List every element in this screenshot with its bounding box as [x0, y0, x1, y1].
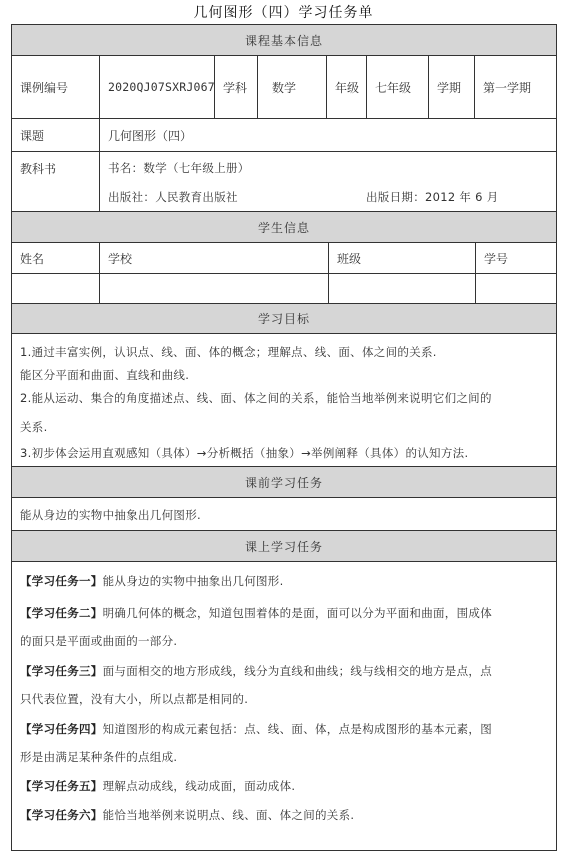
- task-tag: 【学习任务四】: [20, 722, 103, 736]
- name-column-label: 姓名: [12, 243, 100, 273]
- textbook-details: 书名：数学（七年级上册） 出版社：人民教育出版社 出版日期：2012 年 6 月: [100, 152, 556, 211]
- task-tag: 【学习任务三】: [20, 664, 103, 678]
- objective-line: 关系.: [20, 419, 48, 435]
- school-column-label: 学校: [100, 243, 329, 273]
- objective-line: 3.初步体会运用直观感知（具体）→分析概括（抽象）→举例阐释（具体）的认知方法.: [20, 445, 468, 461]
- document-title: 几何图形（四）学习任务单: [0, 2, 567, 22]
- learning-task-2: 【学习任务二】明确几何体的概念，知道包围着体的是面，面可以分为平面和曲面，围成体: [20, 605, 492, 621]
- name-field[interactable]: [12, 274, 100, 303]
- topic-row: 课题 几何图形（四）: [12, 119, 556, 152]
- task-text: 面与面相交的地方形成线，线分为直线和曲线；线与线相交的地方是点，点: [103, 664, 492, 678]
- section-header-pre-class: 课前学习任务: [12, 467, 556, 498]
- class-column-label: 班级: [329, 243, 476, 273]
- learning-task-5: 【学习任务五】理解点动成线，线动成面，面动成体.: [20, 778, 295, 794]
- task-text: 明确几何体的概念，知道包围着体的是面，面可以分为平面和曲面，围成体: [103, 606, 492, 620]
- task-tag: 【学习任务二】: [20, 606, 103, 620]
- textbook-label: 教科书: [12, 152, 100, 211]
- learning-task-3: 【学习任务三】面与面相交的地方形成线，线分为直线和曲线；线与线相交的地方是点，点: [20, 663, 492, 679]
- grade-value: 七年级: [367, 56, 429, 118]
- student-number-column-label: 学号: [476, 243, 556, 273]
- publish-date: 出版日期：2012 年 6 月: [366, 189, 499, 205]
- course-id-label: 课例编号: [12, 56, 100, 118]
- learning-task-2-cont: 的面只是平面或曲面的一部分.: [20, 633, 177, 649]
- task-text: 能从身边的实物中抽象出几何图形.: [103, 574, 284, 588]
- term-value: 第一学期: [475, 56, 556, 118]
- objective-line: 能区分平面和曲面、直线和曲线.: [20, 367, 189, 383]
- topic-label: 课题: [12, 119, 100, 151]
- section-header-in-class: 课上学习任务: [12, 531, 556, 562]
- subject-value: 数学: [258, 56, 327, 118]
- pre-class-task: 能从身边的实物中抽象出几何图形.: [20, 507, 201, 523]
- topic-value: 几何图形（四）: [100, 119, 556, 151]
- basic-info-row: 课例编号 2020QJ07SXRJ067 学科 数学 年级 七年级 学期 第一学…: [12, 56, 556, 119]
- student-info-input-row: [12, 274, 556, 304]
- task-tag: 【学习任务五】: [20, 779, 103, 793]
- grade-label: 年级: [327, 56, 367, 118]
- section-header-objectives: 学习目标: [12, 304, 556, 334]
- in-class-body: 【学习任务一】能从身边的实物中抽象出几何图形. 【学习任务二】明确几何体的概念，…: [12, 562, 556, 850]
- student-info-header-row: 姓名 学校 班级 学号: [12, 243, 556, 274]
- task-tag: 【学习任务一】: [20, 574, 103, 588]
- book-name: 书名：数学（七年级上册）: [108, 160, 250, 176]
- publisher: 出版社：人民教育出版社: [108, 189, 238, 205]
- course-id-value: 2020QJ07SXRJ067: [100, 56, 215, 118]
- task-sheet-table: 课程基本信息 课例编号 2020QJ07SXRJ067 学科 数学 年级 七年级…: [11, 24, 557, 851]
- objective-line: 1.通过丰富实例，认识点、线、面、体的概念；理解点、线、面、体之间的关系.: [20, 344, 437, 360]
- section-header-basic-info: 课程基本信息: [12, 25, 556, 56]
- section-header-student-info: 学生信息: [12, 212, 556, 243]
- learning-task-1: 【学习任务一】能从身边的实物中抽象出几何图形.: [20, 573, 284, 589]
- textbook-row: 教科书 书名：数学（七年级上册） 出版社：人民教育出版社 出版日期：2012 年…: [12, 152, 556, 212]
- objectives-body: 1.通过丰富实例，认识点、线、面、体的概念；理解点、线、面、体之间的关系. 能区…: [12, 334, 556, 467]
- class-field[interactable]: [329, 274, 476, 303]
- task-text: 知道图形的构成元素包括：点、线、面、体，点是构成图形的基本元素，图: [103, 722, 492, 736]
- learning-task-4-cont: 形是由满足某种条件的点组成.: [20, 749, 177, 765]
- term-label: 学期: [429, 56, 475, 118]
- learning-task-6: 【学习任务六】能恰当地举例来说明点、线、面、体之间的关系.: [20, 807, 354, 823]
- school-field[interactable]: [100, 274, 329, 303]
- learning-task-4: 【学习任务四】知道图形的构成元素包括：点、线、面、体，点是构成图形的基本元素，图: [20, 721, 492, 737]
- subject-label: 学科: [215, 56, 258, 118]
- objective-line: 2.能从运动、集合的角度描述点、线、面、体之间的关系，能恰当地举例来说明它们之间…: [20, 390, 492, 406]
- student-number-field[interactable]: [476, 274, 556, 303]
- task-text: 能恰当地举例来说明点、线、面、体之间的关系.: [103, 808, 355, 822]
- pre-class-body: 能从身边的实物中抽象出几何图形.: [12, 498, 556, 531]
- task-text: 理解点动成线，线动成面，面动成体.: [103, 779, 296, 793]
- learning-task-3-cont: 只代表位置，没有大小，所以点都是相同的.: [20, 691, 248, 707]
- task-tag: 【学习任务六】: [20, 808, 103, 822]
